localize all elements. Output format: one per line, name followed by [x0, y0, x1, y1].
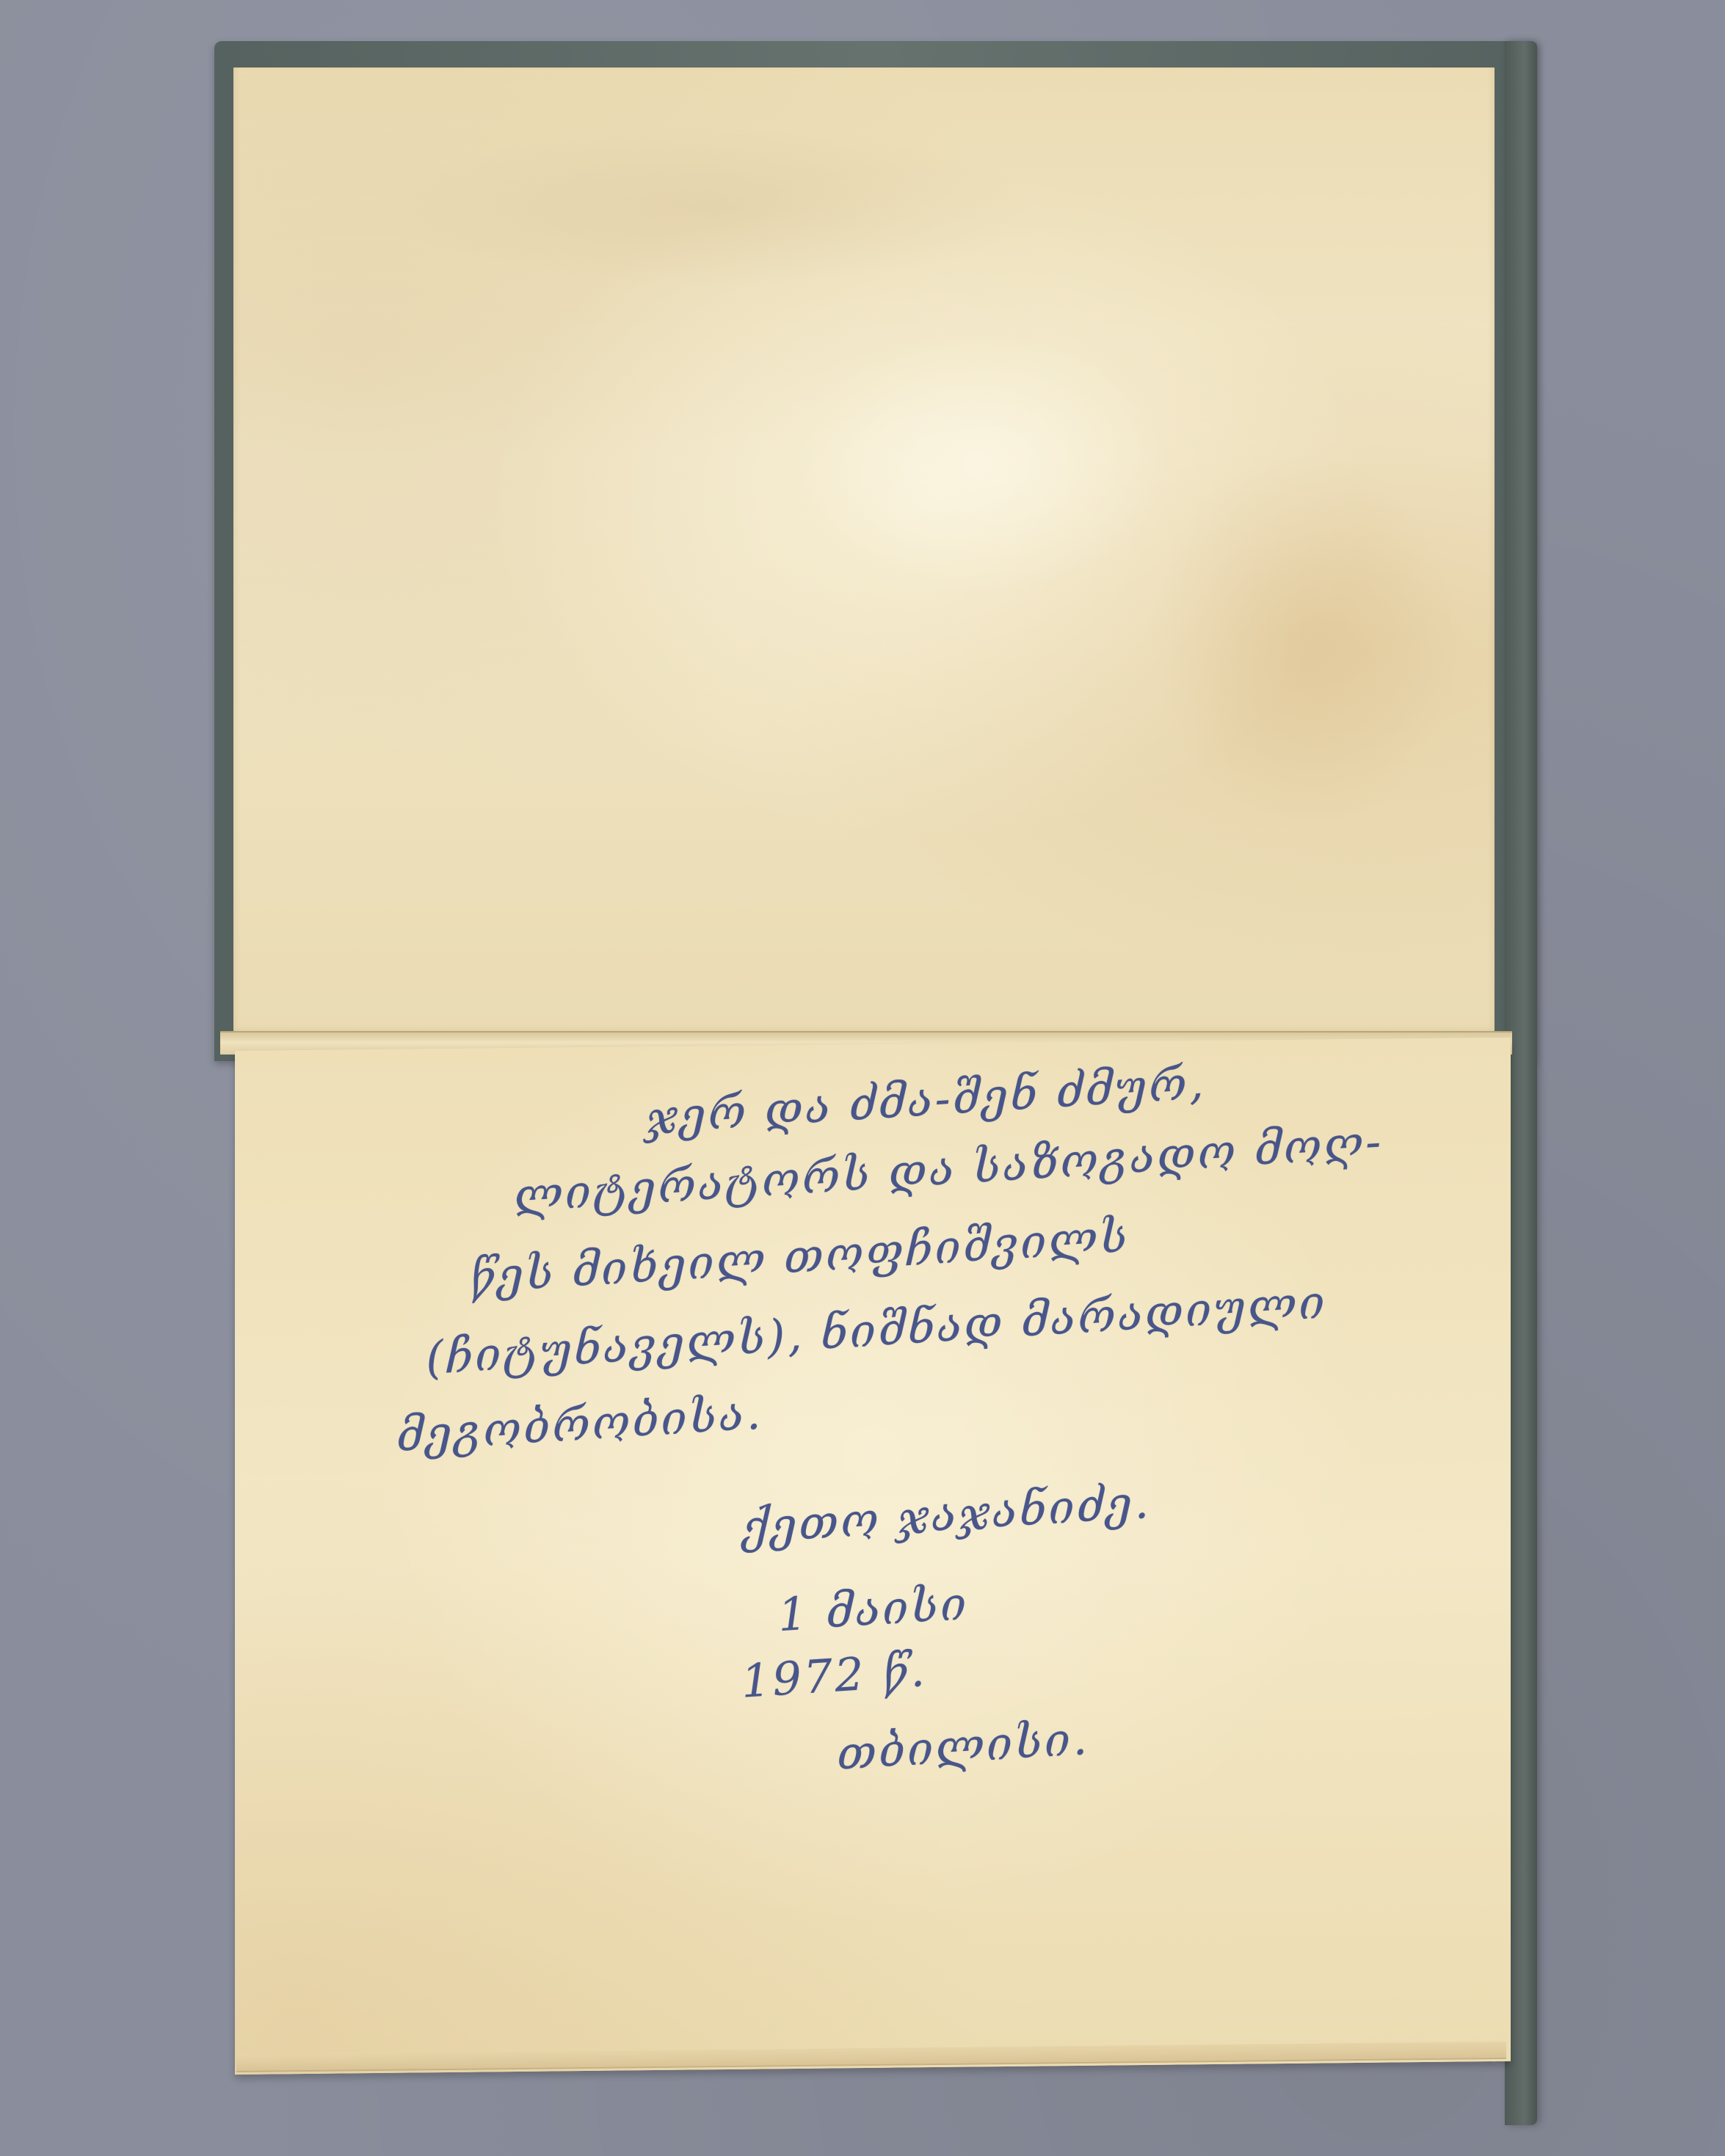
- place-name: თბილისი.: [835, 1711, 1090, 1780]
- date-day-month: 1 მაისი: [777, 1576, 970, 1642]
- water-stain: [791, 332, 1173, 596]
- signature: ქეთო ჯაჯანიძე.: [740, 1475, 1152, 1554]
- water-stain: [1151, 449, 1459, 831]
- inscription-line-3: წეს მიხეილ თოფჩიშვილს: [468, 1209, 1130, 1303]
- inscription-page: ჯერ და ძმა-შენ ძმურ, ლიტერატორს და საზოგ…: [235, 1038, 1511, 2075]
- top-page-blank: [233, 68, 1495, 1036]
- water-stain: [380, 126, 1041, 288]
- inscription-line-2: ლიტერატორს და საზოგადო მოღ-: [512, 1115, 1384, 1223]
- inscription-line-5: მეგობრობისა.: [395, 1385, 764, 1462]
- date-year: 1972 წ.: [740, 1643, 928, 1708]
- handwritten-inscription: ჯერ და ძმა-შენ ძმურ, ლიტერატორს და საზოგ…: [235, 1038, 1511, 2075]
